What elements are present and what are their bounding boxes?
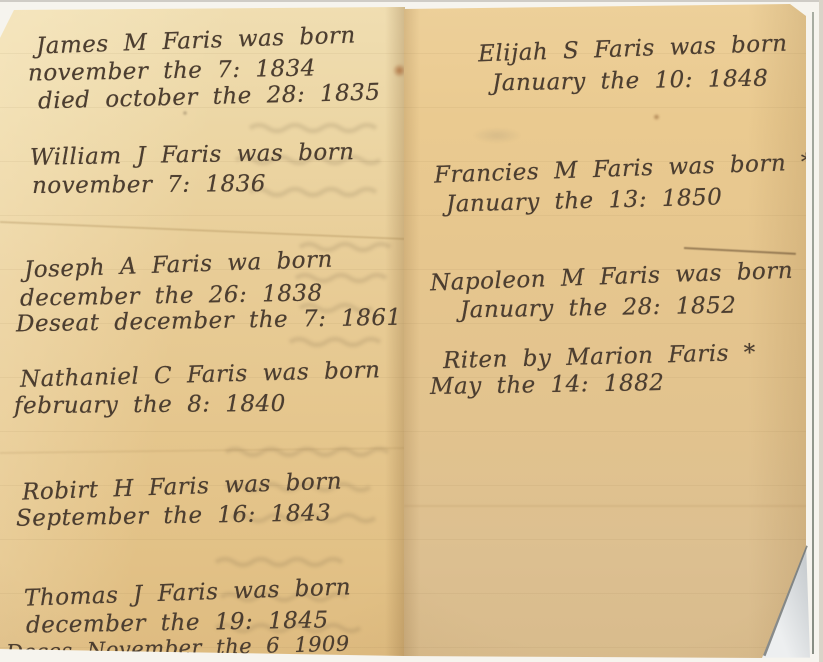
record-line: february the 8: 1840 (14, 391, 286, 419)
record-line: Joseph A Faris wa born (24, 247, 334, 284)
ink-speck (183, 111, 187, 115)
crease-line (404, 505, 808, 507)
record-line: September the 16: 1843 (16, 500, 332, 531)
record-line: James M Faris was born (36, 22, 357, 59)
bleed-through-stroke (226, 449, 388, 455)
bleed-through-stroke (290, 339, 380, 345)
scratch-line (684, 247, 796, 255)
record-line: Napoleon M Faris was born (430, 258, 794, 297)
ink-stain (653, 114, 660, 120)
bleed-through-stroke (250, 125, 376, 131)
scanner-right-edge (819, 0, 823, 662)
record-line: January the 10: 1848 (492, 66, 769, 97)
scanned-document: James M Faris was born november the 7: 1… (0, 0, 823, 662)
smudge (474, 128, 520, 143)
record-line: Elijah S Faris was born (478, 31, 788, 68)
record-line: January the 28: 1852 (460, 293, 737, 324)
scanner-top-edge (0, 0, 823, 2)
page-edge-line (812, 12, 814, 654)
record-line: Nathaniel C Faris was born (20, 357, 381, 392)
record-line: november 7: 1836 (32, 171, 266, 199)
bleed-through-stroke (250, 189, 376, 195)
record-line: Riten by Marion Faris * (443, 340, 756, 374)
bleed-through-stroke (216, 559, 342, 565)
page-vignette (404, 0, 808, 662)
record-line: January the 13: 1850 (446, 184, 723, 217)
crease-line (0, 447, 405, 454)
record-line: May the 14: 1882 (430, 370, 665, 400)
record-line: Deseat december the 7: 1861 (16, 305, 402, 338)
ruled-lines (404, 0, 808, 662)
record-line: Francies M Faris was born * (434, 149, 814, 188)
crease-line (0, 221, 405, 240)
left-page: James M Faris was born november the 7: 1… (0, 0, 405, 662)
record-line: William J Faris was born (30, 139, 355, 171)
right-page: Elijah S Faris was born January the 10: … (404, 0, 808, 662)
record-line: Thomas J Faris was born (24, 574, 352, 611)
